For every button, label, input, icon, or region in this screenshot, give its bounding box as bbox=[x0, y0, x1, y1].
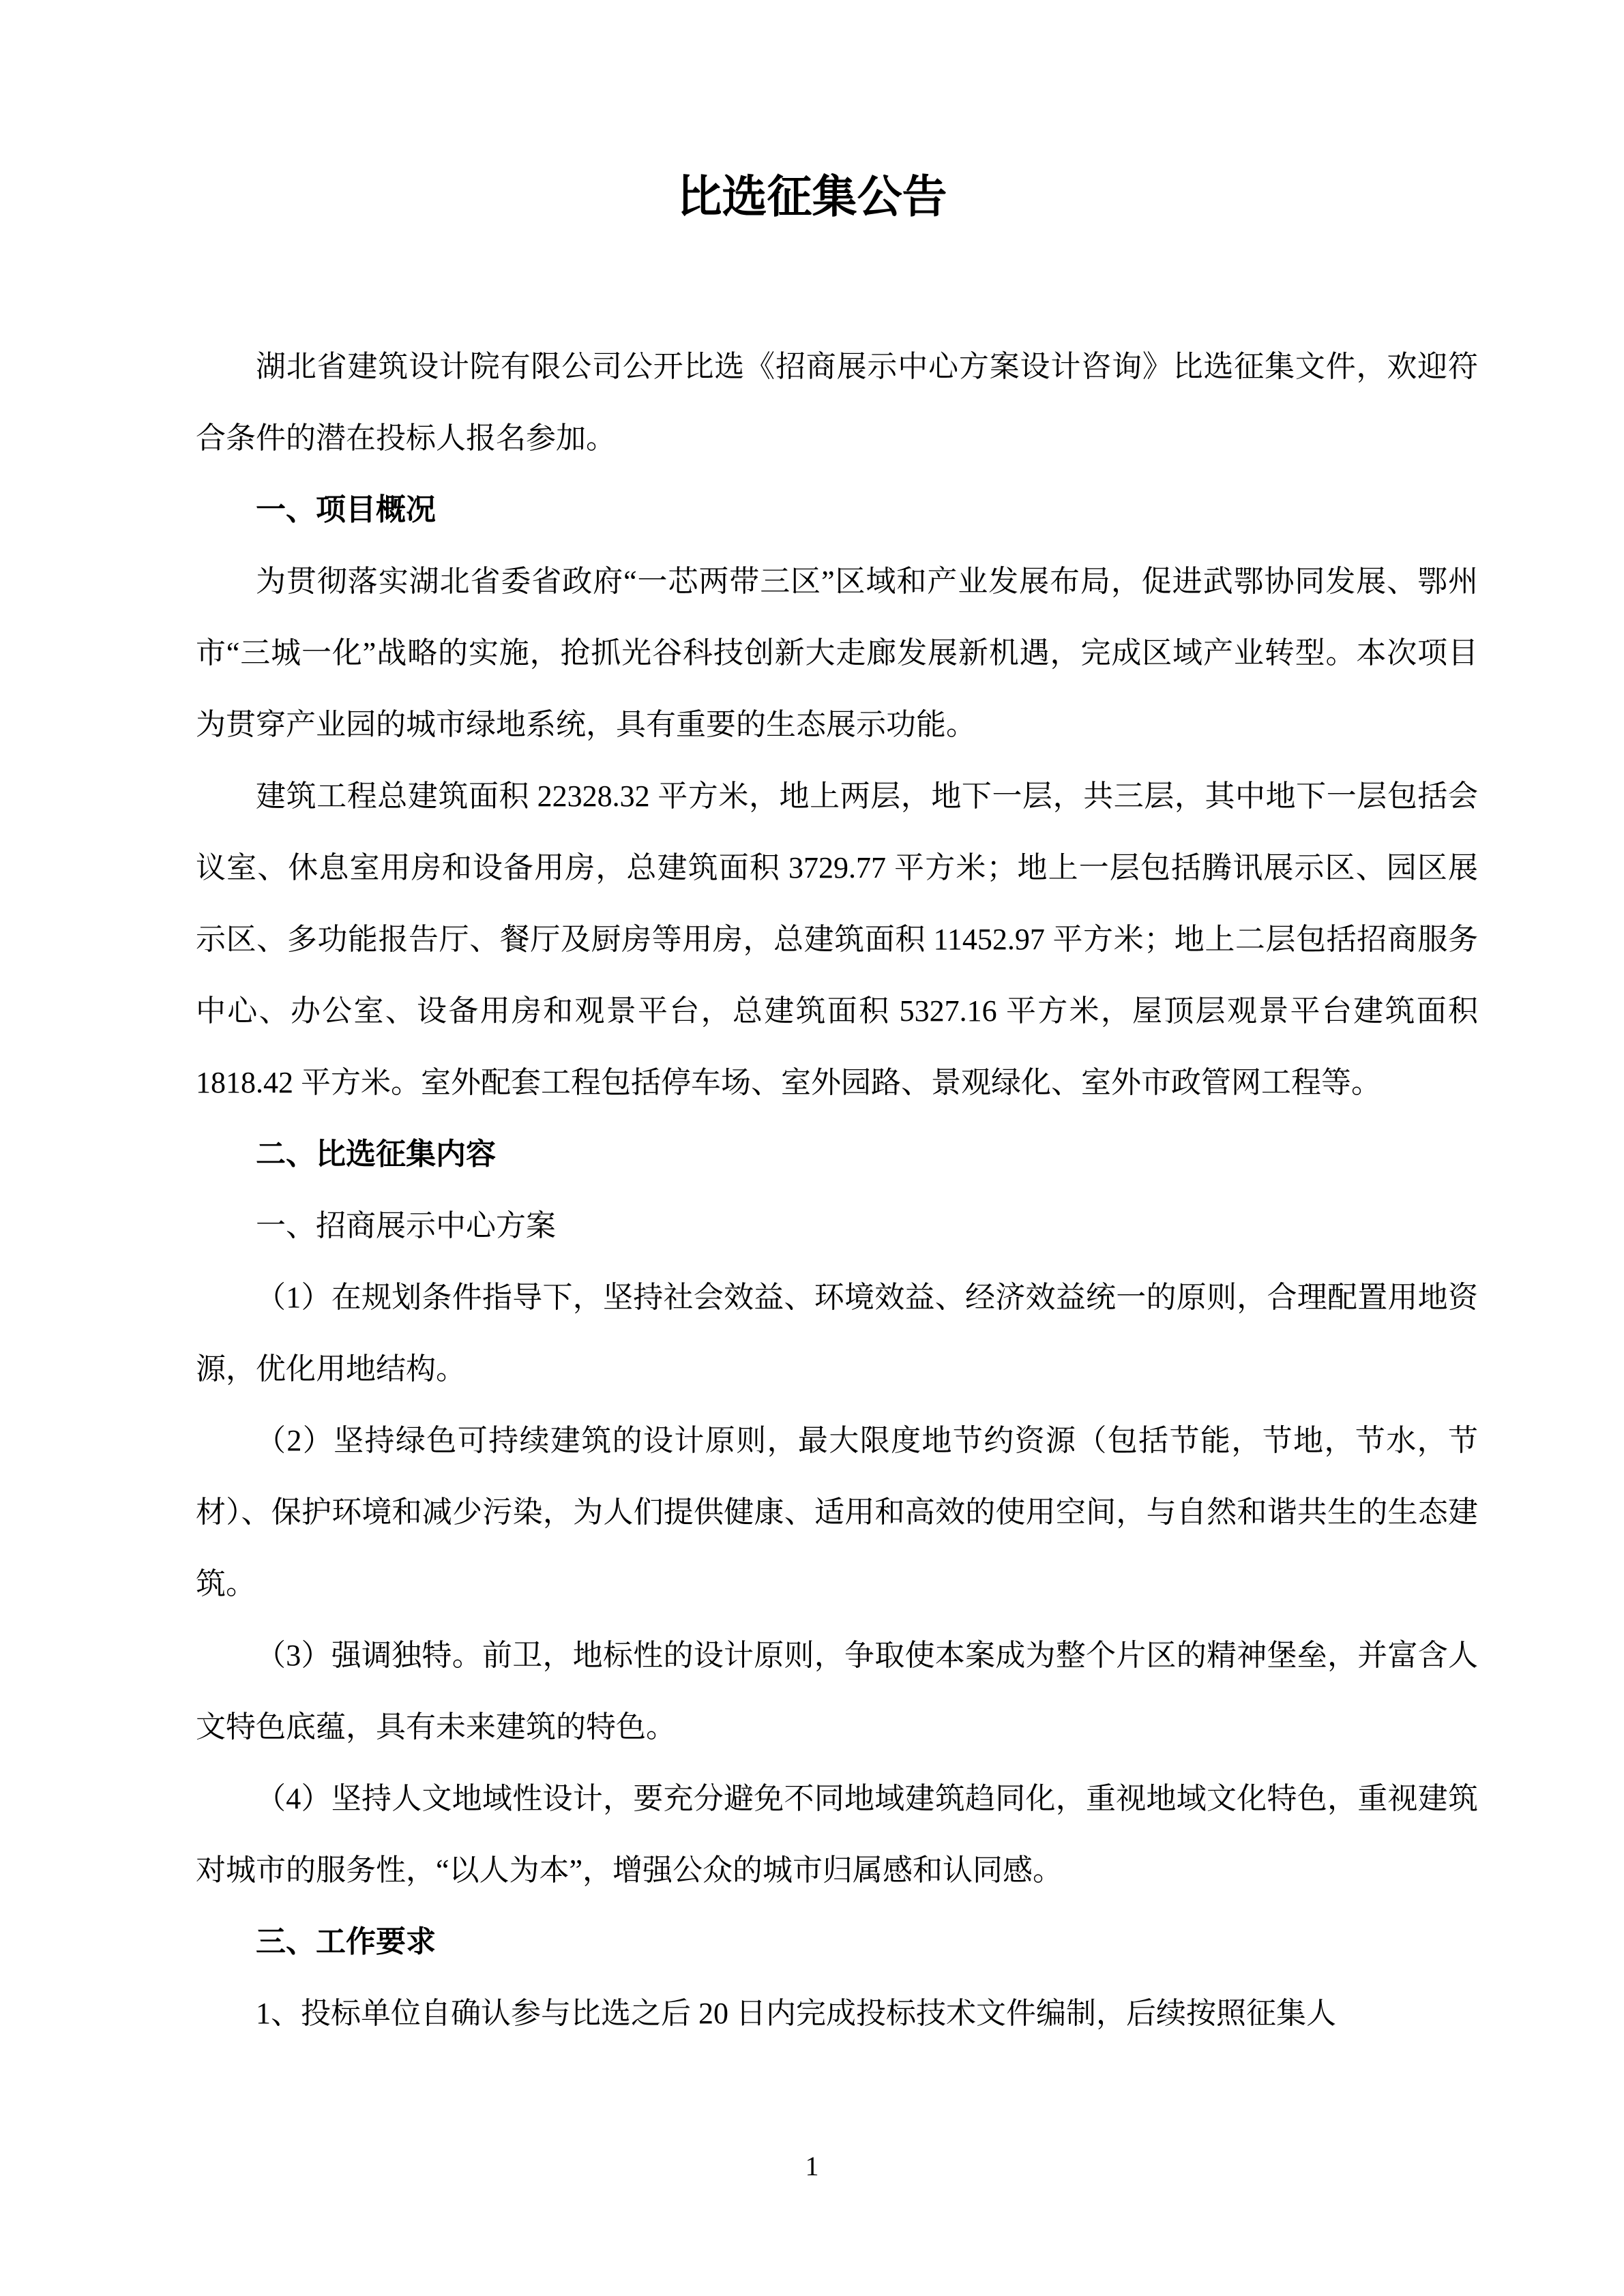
paragraph-principle-4: （4）坚持人文地域性设计，要充分避免不同地域建筑趋同化，重视地域文化特色，重视建… bbox=[196, 1763, 1478, 1906]
paragraph-principle-1: （1）在规划条件指导下，坚持社会效益、环境效益、经济效益统一的原则，合理配置用地… bbox=[196, 1262, 1478, 1405]
paragraph-building-areas: 建筑工程总建筑面积 22328.32 平方米，地上两层，地下一层，共三层，其中地… bbox=[196, 760, 1478, 1118]
paragraph-principle-3: （3）强调独特。前卫，地标性的设计原则，争取使本案成为整个片区的精神堡垒，并富含… bbox=[196, 1620, 1478, 1763]
page-number: 1 bbox=[0, 2151, 1624, 2181]
paragraph-scheme-title: 一、招商展示中心方案 bbox=[196, 1190, 1478, 1262]
document-title: 比选征集公告 bbox=[0, 160, 1624, 235]
paragraph-requirement-1: 1、投标单位自确认参与比选之后 20 日内完成投标技术文件编制，后续按照征集人 bbox=[196, 1978, 1478, 2049]
document-body: 湖北省建筑设计院有限公司公开比选《招商展示中心方案设计咨询》比选征集文件，欢迎符… bbox=[0, 331, 1624, 2049]
section-heading-solicitation-content: 二、比选征集内容 bbox=[196, 1118, 1478, 1190]
document-page: 比选征集公告 湖北省建筑设计院有限公司公开比选《招商展示中心方案设计咨询》比选征… bbox=[0, 0, 1624, 2296]
paragraph-project-background: 为贯彻落实湖北省委省政府“一芯两带三区”区域和产业发展布局，促进武鄂协同发展、鄂… bbox=[196, 546, 1478, 760]
section-heading-project-overview: 一、项目概况 bbox=[196, 474, 1478, 546]
paragraph-principle-2: （2）坚持绿色可持续建筑的设计原则，最大限度地节约资源（包括节能，节地，节水，节… bbox=[196, 1405, 1478, 1620]
section-heading-work-requirements: 三、工作要求 bbox=[196, 1906, 1478, 1978]
paragraph-intro: 湖北省建筑设计院有限公司公开比选《招商展示中心方案设计咨询》比选征集文件，欢迎符… bbox=[196, 331, 1478, 474]
